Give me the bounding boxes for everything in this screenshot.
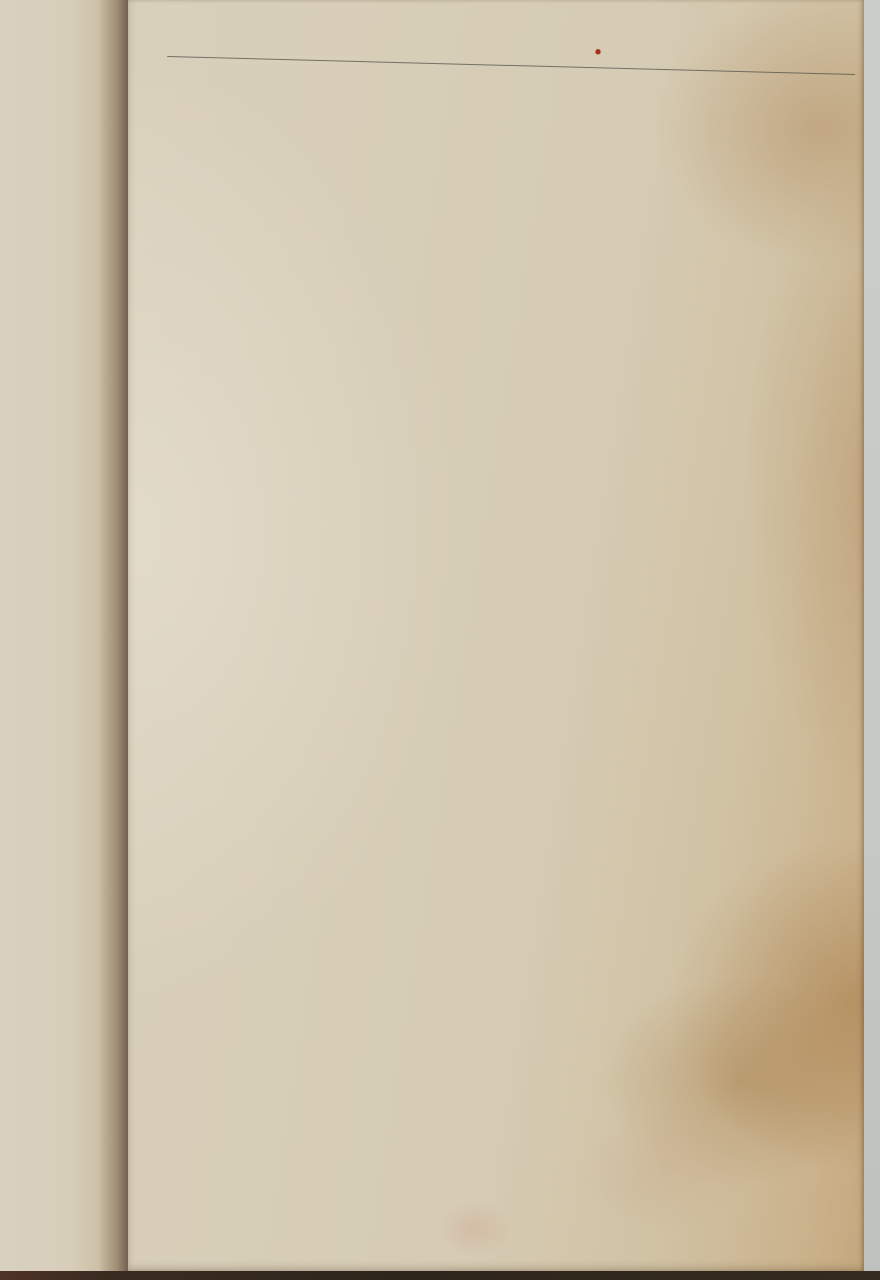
red-stain-dot [595,49,600,54]
book-photo [0,0,880,1280]
page-title [168,28,856,46]
page-text-block [167,28,856,96]
folio-row [167,57,855,95]
table-edge [0,1271,880,1280]
photo-background-strip [864,0,880,1272]
scanned-page [128,0,864,1272]
